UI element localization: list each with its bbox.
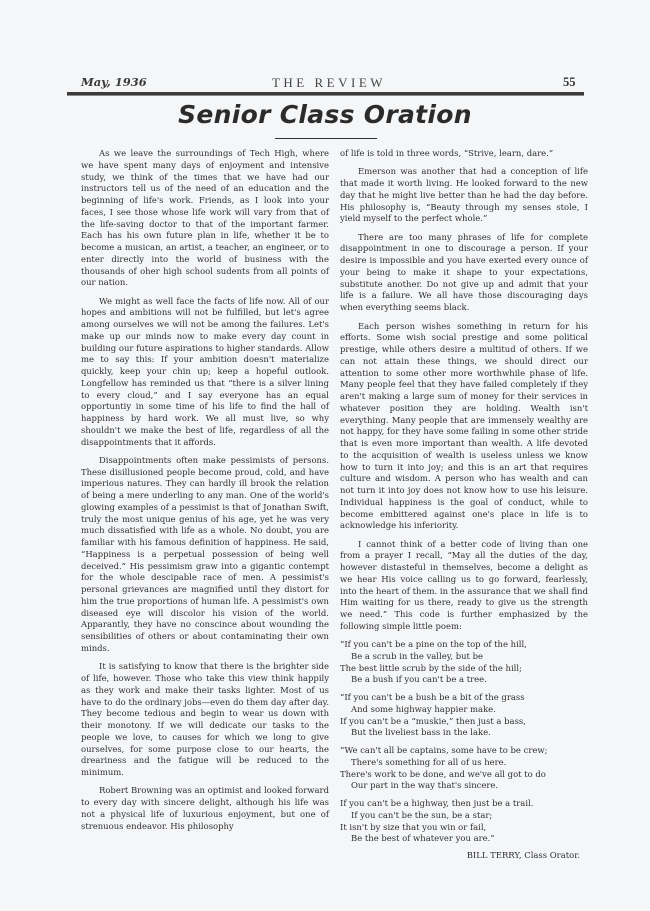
paragraph: I cannot think of a better code of livin… [340, 539, 588, 633]
poem-stanza: “If you can't be a bush be a bit of the … [340, 692, 588, 739]
paragraph: Each person wishes something in return f… [340, 321, 588, 533]
paragraph: There are too many phrases of life for c… [340, 232, 588, 314]
poem-line: But the liveliest bass in the lake. [340, 727, 588, 739]
paragraph: It is satisfying to know that there is t… [81, 661, 329, 779]
poem-line: It isn't by size that you win or fail, [340, 822, 588, 834]
title-underline [275, 138, 377, 139]
poem-line: There's work to be done, and we've all g… [340, 769, 588, 781]
poem-line: And some highway happier make. [340, 704, 588, 716]
author-signature: BILL TERRY, Class Orator. [340, 850, 588, 862]
article-title: Senior Class Oration [0, 100, 650, 129]
poem: “If you can't be a pine on the top of th… [340, 639, 588, 845]
poem-line: There's something for all of us here. [340, 757, 588, 769]
publication-name: THE REVIEW [0, 75, 650, 91]
poem-line: “If you can't be a pine on the top of th… [340, 639, 588, 651]
paragraph-continuation: of life is told in three words, “Strive,… [340, 148, 588, 160]
right-column: of life is told in three words, “Strive,… [340, 148, 588, 862]
magazine-page: May, 1936 THE REVIEW 55 Senior Class Ora… [0, 0, 650, 911]
paragraph: Emerson was another that had a conceptio… [340, 166, 588, 225]
page-number: 55 [563, 75, 576, 90]
poem-line: Be a bush if you can't be a tree. [340, 674, 588, 686]
paragraph: Robert Browning was an optimist and look… [81, 785, 329, 832]
paragraph: We might as well face the facts of life … [81, 296, 329, 449]
poem-line: “If you can't be a bush be a bit of the … [340, 692, 588, 704]
header-rule [67, 92, 584, 96]
poem-line: If you can't be the sun, be a star; [340, 810, 588, 822]
poem-line: Be the best of whatever you are.” [340, 833, 588, 845]
poem-line: Our part in the way that's sincere. [340, 780, 588, 792]
poem-line: If you can't be a highway, then just be … [340, 798, 588, 810]
poem-line: Be a scrub in the valley, but be [340, 651, 588, 663]
poem-stanza: “If you can't be a pine on the top of th… [340, 639, 588, 686]
poem-stanza: If you can't be a highway, then just be … [340, 798, 588, 845]
paragraph: As we leave the surroundings of Tech Hig… [81, 148, 329, 289]
poem-line: “We can't all be captains, some have to … [340, 745, 588, 757]
poem-line: If you can't be a “muskie,” then just a … [340, 716, 588, 728]
poem-line: The best little scrub by the side of the… [340, 663, 588, 675]
poem-stanza: “We can't all be captains, some have to … [340, 745, 588, 792]
paragraph: Disappointments often make pessimists of… [81, 455, 329, 655]
left-column: As we leave the surroundings of Tech Hig… [81, 148, 329, 839]
